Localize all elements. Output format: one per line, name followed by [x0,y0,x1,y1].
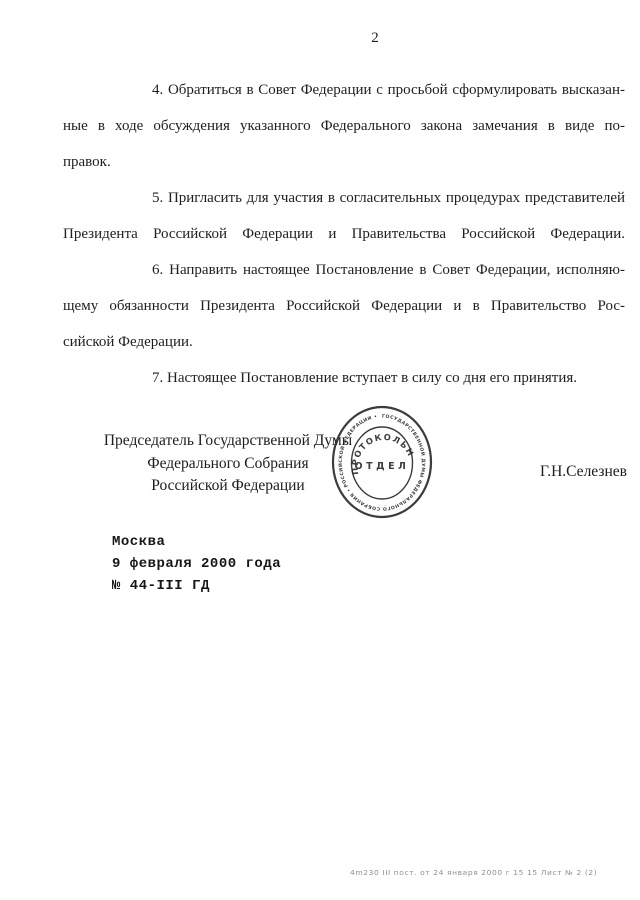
document-body: 4. Обратиться в Совет Федерации с просьб… [63,72,625,396]
page-number: 2 [340,30,410,47]
signer-name: Г.Н.Селезнев [540,463,627,481]
body-line: 6. Направить настоящее Постановление в С… [63,252,625,288]
body-line: 4. Обратиться в Совет Федерации с просьб… [63,72,625,108]
scan-footer-line: 4m230 III пост. от 24 января 2000 г 15 1… [350,868,635,876]
body-line: Президента Российской Федерации и Правит… [63,216,625,252]
stamp-bottom-marks: · ¸ · [378,503,385,508]
stamp-center-text: ОТДЕЛ [355,461,410,472]
issuance-line: Москва [112,531,281,553]
round-seal-stamp: ГОСУДАРСТВЕННОЙ ДУМЫ ФЕДЕРАЛЬНОГО СОБРАН… [330,403,434,521]
body-line: ные в ходе обсуждения указанного Федерал… [63,108,625,144]
issuance-line: 9 февраля 2000 года [112,553,281,575]
body-line: 5. Пригласить для участия в согласительн… [63,180,625,216]
body-line: щему обязанности Президента Российской Ф… [63,288,625,324]
place-date-number-block: Москва9 февраля 2000 года№ 44-III ГД [112,531,281,597]
scanned-document-page: { "page": { "number": "2" }, "body": { "… [0,0,640,900]
issuance-line: № 44-III ГД [112,575,281,597]
body-line: правок. [63,144,625,180]
body-line: сийской Федерации. [63,324,625,360]
body-line: 7. Настоящее Постановление вступает в си… [63,360,625,396]
